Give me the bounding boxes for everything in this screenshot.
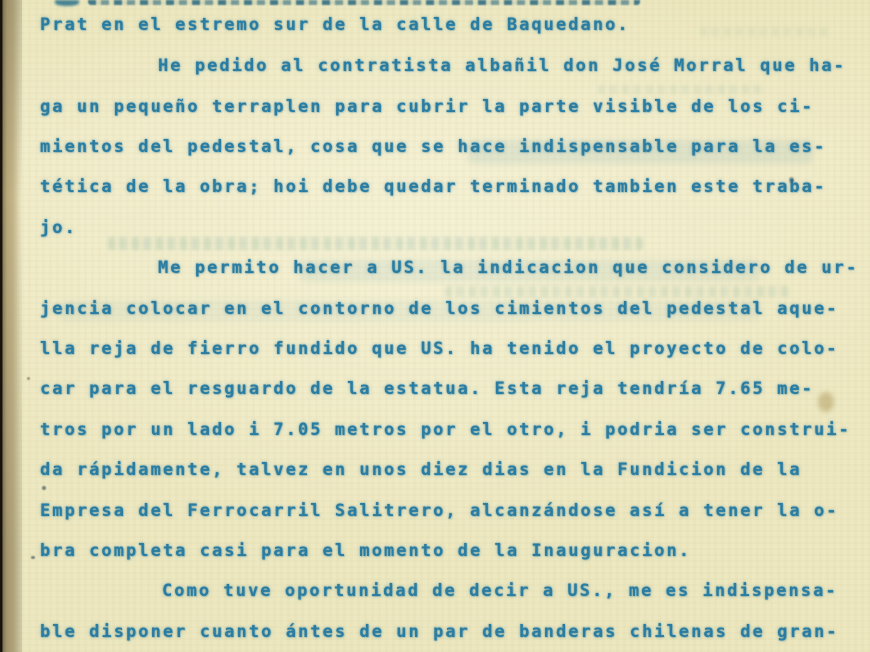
text-line: tros por un lado i 7.05 metros por el ot… xyxy=(40,422,851,439)
text-line: He pedido al contratista albañil don Jos… xyxy=(158,58,846,75)
ink-bleedthrough-line xyxy=(700,27,830,36)
ink-bleedthrough-line xyxy=(598,85,766,94)
ink-speck xyxy=(789,177,794,183)
text-line: jo. xyxy=(40,220,77,237)
ink-speck xyxy=(27,377,30,380)
text-line: Como tuve oportunidad de decir a US., me… xyxy=(162,583,838,600)
text-line: bra completa casi para el momento de la … xyxy=(40,543,691,560)
scanned-typewritten-letter-page: Prat en el estremo sur de la calle de Ba… xyxy=(0,0,870,652)
ink-speck xyxy=(31,556,35,559)
text-line: mientos del pedestal, cosa que se hace i… xyxy=(40,139,826,156)
text-line: ga un pequeño terraplen para cubrir la p… xyxy=(40,99,814,116)
ink-speck xyxy=(42,486,46,490)
text-line: Empresa del Ferrocarril Salitrero, alcan… xyxy=(40,503,839,520)
paper-stain xyxy=(818,392,834,412)
text-line: lla reja de fierro fundido que US. ha te… xyxy=(40,341,839,358)
cut-off-text-fragment-top xyxy=(55,0,79,6)
ink-bleedthrough-line xyxy=(445,286,790,297)
scan-edge-left xyxy=(0,0,22,652)
text-line: da rápidamente, talvez en unos diez dias… xyxy=(40,462,802,479)
text-line: car para el resguardo de la estatua. Est… xyxy=(40,381,814,398)
cut-off-text-fragment-top xyxy=(88,0,640,5)
ink-bleedthrough-line xyxy=(108,237,643,250)
text-line: ble disponer cuanto ántes de un par de b… xyxy=(40,624,839,641)
text-line: jencia colocar en el contorno de los cim… xyxy=(40,301,839,318)
text-line: Me permito hacer a US. la indicacion que… xyxy=(158,260,858,277)
text-line: tética de la obra; hoi debe quedar termi… xyxy=(40,179,826,196)
text-line: Prat en el estremo sur de la calle de Ba… xyxy=(40,17,630,34)
